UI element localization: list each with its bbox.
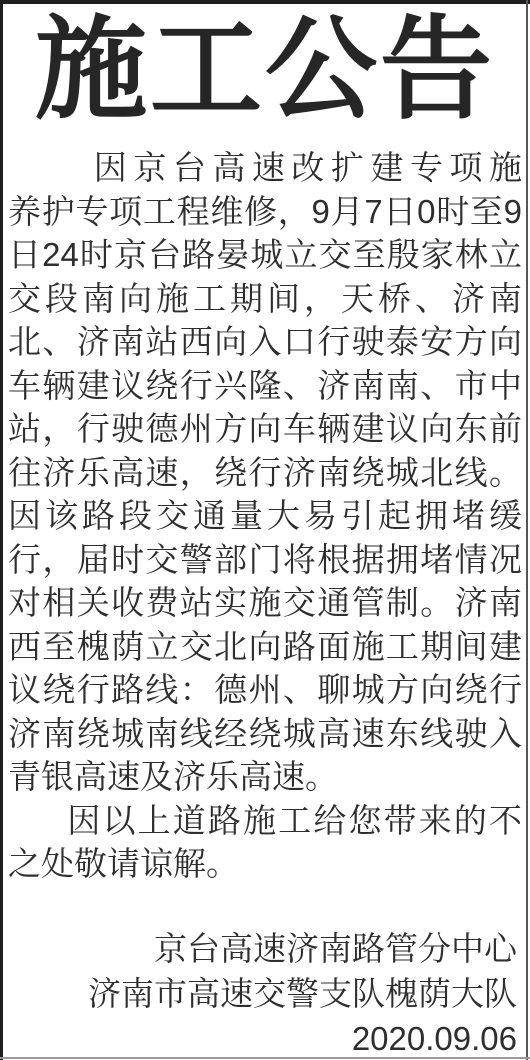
notice-body: 因京台高速改扩建专项施工、养护专项工程维修，9月7日0时至9日24时京台路晏城立…	[0, 146, 530, 886]
body-line: 因京台高速改扩建专项施工、	[8, 146, 522, 190]
body-line: 车辆建议绕行兴隆、济南南、市中	[8, 364, 522, 408]
frame-left-border	[0, 0, 3, 1060]
body-line: 济南绕城南线经绕城高速东线驶入	[8, 712, 522, 756]
body-line: 之处敬请谅解。	[8, 842, 522, 886]
body-line: 养护专项工程维修，9月7日0时至9	[8, 190, 522, 234]
body-line: 站，行驶德州方向车辆建议向东前	[8, 407, 522, 451]
body-line: 北、济南站西向入口行驶泰安方向	[8, 320, 522, 364]
body-line: 议绕行路线：德州、聊城方向绕行	[8, 668, 522, 712]
frame-top-border	[0, 0, 530, 4]
body-line: 西至槐荫立交北向路面施工期间建	[8, 625, 522, 669]
body-line: 青银高速及济乐高速。	[8, 755, 522, 799]
body-line: 往济乐高速，绕行济南绕城北线。	[8, 451, 522, 495]
body-line: 因以上道路施工给您带来的不便	[8, 799, 522, 843]
body-line: 行，届时交警部门将根据拥堵情况	[8, 538, 522, 582]
frame-right-border	[526, 0, 528, 1060]
frame-bottom-border	[0, 1057, 530, 1059]
body-line: 交段南向施工期间，天桥、济南	[8, 277, 522, 321]
signature-line: 京台高速济南路管分中心	[0, 926, 517, 971]
body-line: 日24时京台路晏城立交至殷家林立	[8, 233, 522, 277]
signature-line: 2020.09.06	[0, 1016, 517, 1060]
notice-signature: 京台高速济南路管分中心济南市高速交警支队槐荫大队2020.09.06	[0, 926, 530, 1060]
signature-line: 济南市高速交警支队槐荫大队	[0, 971, 517, 1016]
body-line: 对相关收费站实施交通管制。济南	[8, 581, 522, 625]
construction-notice-page: 施工公告 因京台高速改扩建专项施工、养护专项工程维修，9月7日0时至9日24时京…	[0, 0, 530, 1060]
body-line: 因该路段交通量大易引起拥堵缓	[8, 494, 522, 538]
notice-title: 施工公告	[0, 10, 530, 130]
